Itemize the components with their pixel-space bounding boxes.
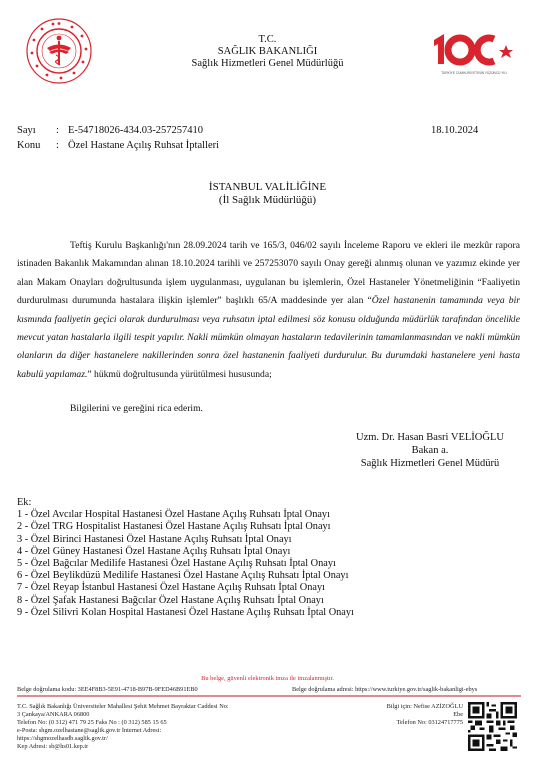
header-tc: T.C. bbox=[0, 34, 535, 46]
addressee-subtitle: (İl Sağlık Müdürlüğü) bbox=[0, 194, 535, 207]
institution-address: T.C. Sağlık Bakanlığı Üniversiteler Maha… bbox=[17, 703, 229, 751]
verification-address[interactable]: Belge doğrulama adresi: https://www.turk… bbox=[292, 686, 477, 694]
attachment-item: 2 - Özel TRG Hospitalist Hastanesi Özel … bbox=[17, 521, 354, 533]
body-text-b: ” hükmü doğrultusunda yürütülmesi hususu… bbox=[87, 369, 271, 380]
header-directorate: Sağlık Hizmetleri Genel Müdürlüğü bbox=[0, 58, 535, 70]
attachment-item: 1 - Özel Avcılar Hospital Hastanesi Özel… bbox=[17, 509, 354, 521]
konu-separator: : bbox=[56, 139, 59, 153]
signatory-title-2: Sağlık Hizmetleri Genel Müdürü bbox=[330, 458, 530, 471]
attachment-item: 9 - Özel Silivri Kolan Hospital Hastanes… bbox=[17, 607, 354, 619]
verification-code: Belge doğrulama kodu: 3EE4F8B3-5E91-4718… bbox=[17, 686, 198, 694]
konu-label: Konu bbox=[17, 139, 40, 153]
closing-text: Bilgilerini ve gereğini rica ederim. bbox=[70, 403, 203, 414]
contact-info: Bilgi için: Nefise AZİZOĞLU Ebe Telefon … bbox=[360, 703, 463, 727]
attachment-item: 7 - Özel Reyap İstanbul Hastanesi Özel H… bbox=[17, 582, 354, 594]
attachment-item: 6 - Özel Beylikdüzü Medilife Hastanesi Ö… bbox=[17, 570, 354, 582]
closing-paragraph: Bilgilerini ve gereğini rica ederim. bbox=[17, 400, 520, 418]
esignature-notice: Bu belge, güvenli elektronik imza ile im… bbox=[0, 675, 535, 682]
body-paragraph: Teftiş Kurulu Başkanlığı'nın 28.09.2024 … bbox=[17, 237, 520, 384]
footer-divider bbox=[17, 695, 521, 697]
attachments-label: Ek: bbox=[17, 497, 354, 509]
body-regulation-quote: Özel hastanenin tamamında veya bir kısmı… bbox=[17, 295, 520, 380]
signatory-title-1: Bakan a. bbox=[330, 445, 530, 458]
attachment-item: 5 - Özel Bağcılar Medilife Hastanesi Öze… bbox=[17, 558, 354, 570]
signatory-name: Uzm. Dr. Hasan Basri VELİOĞLU bbox=[330, 432, 530, 445]
header-ministry: SAĞLIK BAKANLIĞI bbox=[0, 46, 535, 58]
sayi-value: E-54718026-434.03-257257410 bbox=[68, 124, 203, 138]
qr-code-icon bbox=[468, 702, 517, 751]
attachments-list: Ek: 1 - Özel Avcılar Hospital Hastanesi … bbox=[17, 497, 354, 619]
sayi-label: Sayı bbox=[17, 124, 36, 138]
attachment-item: 3 - Özel Birinci Hastanesi Özel Hastane … bbox=[17, 534, 354, 546]
attachment-item: 4 - Özel Güney Hastanesi Özel Hastane Aç… bbox=[17, 546, 354, 558]
svg-text:TÜRKİYE CUMHURİYETİ'NİN YÜZÜNC: TÜRKİYE CUMHURİYETİ'NİN YÜZÜNCÜ YILI bbox=[441, 70, 507, 75]
website-link[interactable]: https://shgmozelhasdb.saglik.gov.tr/ bbox=[17, 735, 229, 743]
sayi-separator: : bbox=[56, 124, 59, 138]
document-date: 18.10.2024 bbox=[431, 124, 478, 138]
konu-value: Özel Hastane Açılış Ruhsat İptalleri bbox=[68, 139, 219, 153]
addressee-title: İSTANBUL VALİLİĞİNE bbox=[0, 181, 535, 194]
attachment-item: 8 - Özel Şafak Hastanesi Bağcılar Özel H… bbox=[17, 595, 354, 607]
